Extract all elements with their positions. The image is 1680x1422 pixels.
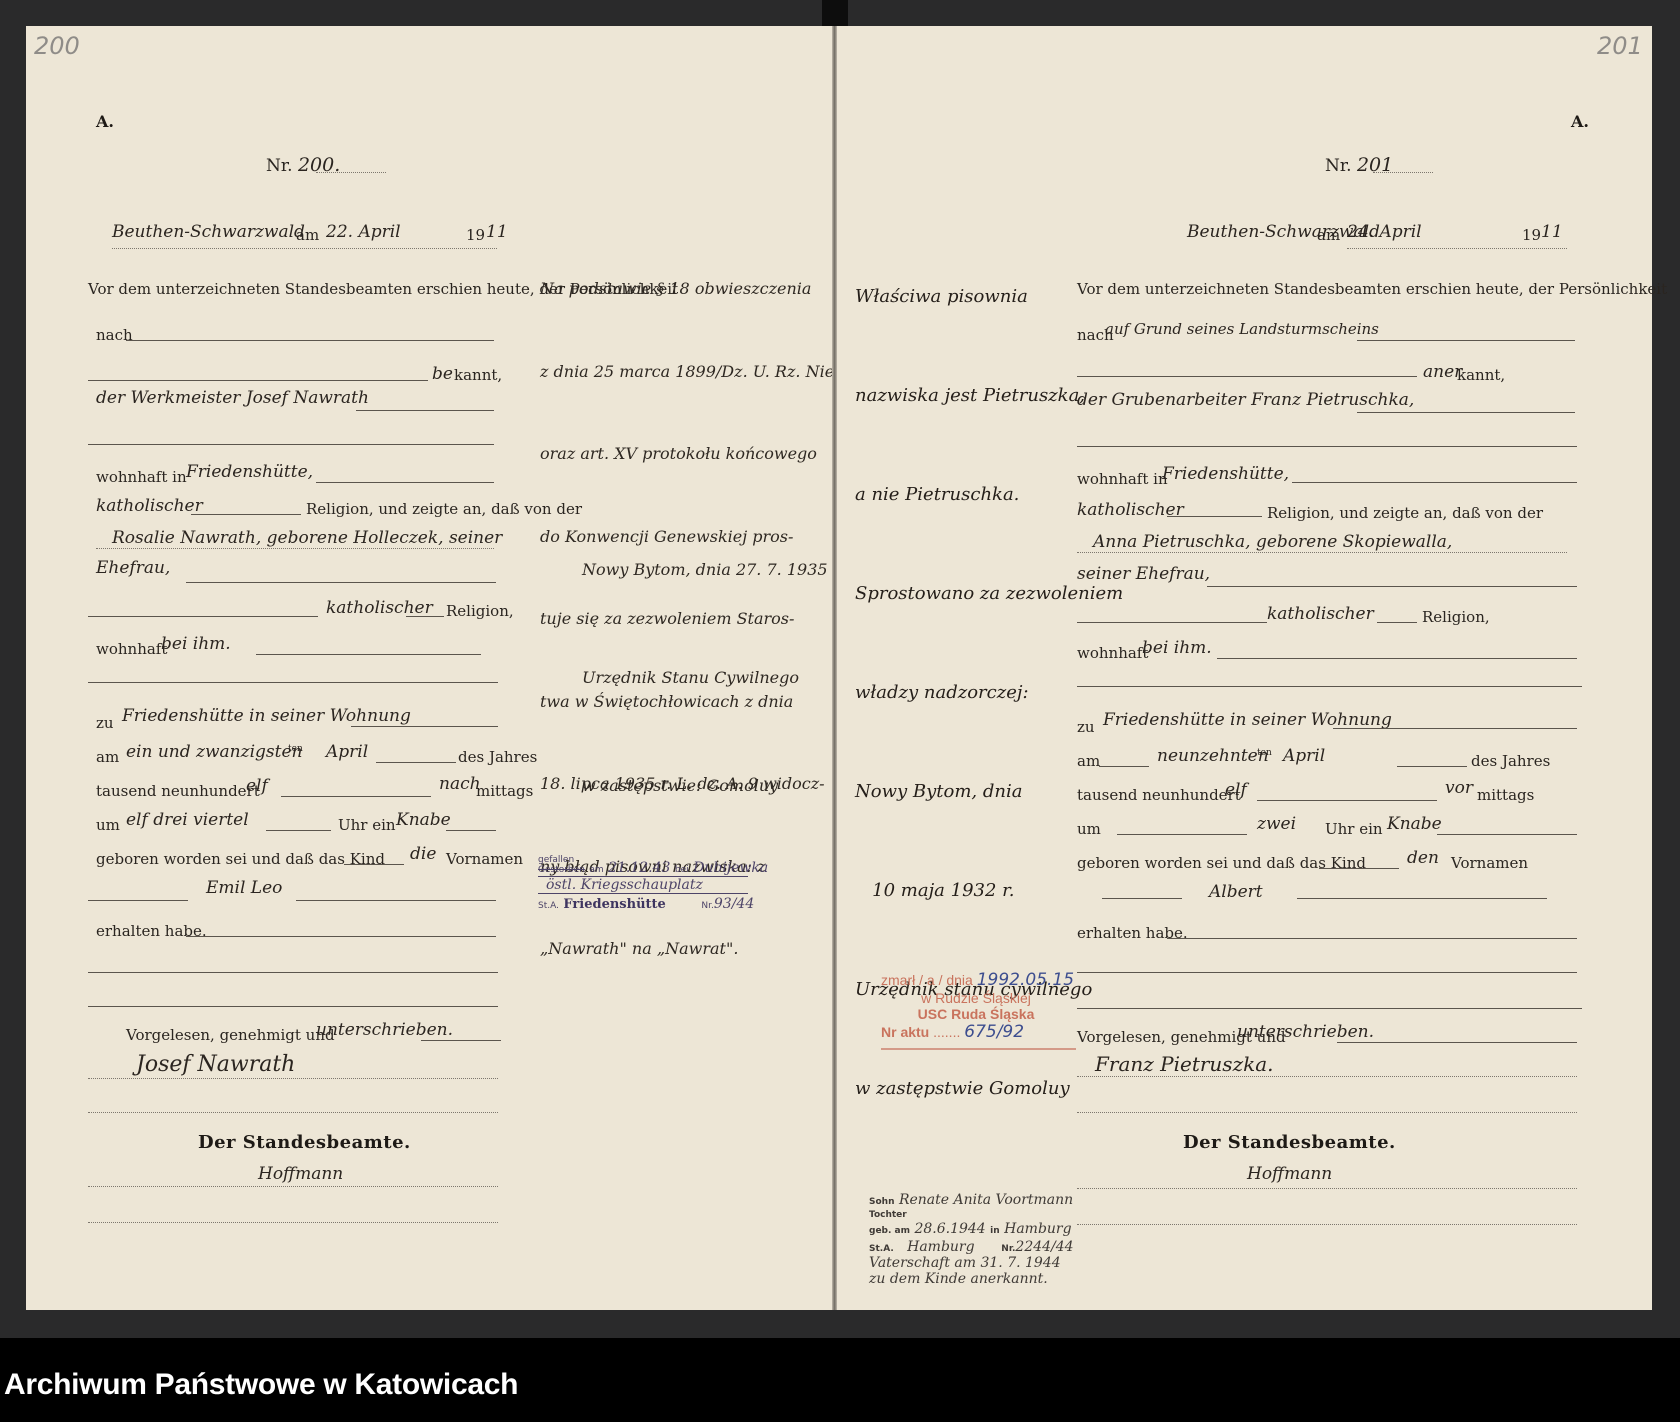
birthplace-value: Friedenshütte in seiner Wohnung <box>122 706 411 726</box>
mittags-label: mittags <box>476 782 533 800</box>
year-suffix: 11 <box>486 222 508 242</box>
margin-note-signature: Gomoluy <box>707 776 779 795</box>
mother-religion-value: katholischer <box>1267 604 1374 624</box>
official-title: Der Standesbeamte. <box>1183 1132 1396 1153</box>
right-page: 201 A. Właściwa pisownia nazwiska jest P… <box>837 26 1652 1310</box>
year-prefix: 19 <box>1522 226 1541 244</box>
informant-name: der Werkmeister Josef Nawrath <box>96 388 369 408</box>
mother-religion-value: katholischer <box>326 598 433 618</box>
child-sex-value: Knabe <box>1387 814 1442 834</box>
birth-day-value: neunzehnten <box>1157 746 1269 766</box>
mother-name-cont: seiner Ehefrau, <box>1077 564 1210 584</box>
mother-name: Anna Pietruschka, geborene Skopiewalla, <box>1093 532 1452 552</box>
residence-value: Friedenshütte, <box>1162 464 1289 484</box>
archive-name: Archiwum Państwowe w Katowicach <box>4 1368 518 1402</box>
residence-value: Friedenshütte, <box>186 462 313 482</box>
kind-article-value: den <box>1407 848 1439 868</box>
religion-label: Religion, und zeigte an, daß von der <box>1267 504 1543 522</box>
wohnhaft-in-label: wohnhaft in <box>1077 470 1168 488</box>
mittags-value: vor <box>1445 778 1473 798</box>
intro-text: Vor dem unterzeichneten Standesbeamten e… <box>1077 280 1667 298</box>
am-label-2: am <box>96 748 119 766</box>
mother-religion-label: Religion, <box>446 602 514 620</box>
year-prefix: 19 <box>466 226 485 244</box>
zu-label: zu <box>1077 718 1095 736</box>
um-label: um <box>96 816 120 834</box>
tausend-label: tausend neunhundert <box>96 782 260 800</box>
zu-label: zu <box>96 714 114 732</box>
wohnhaft-in-label: wohnhaft in <box>96 468 187 486</box>
form-letter: A. <box>96 112 114 131</box>
death-stamp-1943: gefallen Gestorben am 21.12.43 bei Dubij… <box>538 850 768 912</box>
year-words-value: elf <box>246 776 268 796</box>
left-page: 200 A. Nr. 200. Beuthen-Schwarzwald am 2… <box>26 26 832 1310</box>
kannt-value: be <box>432 364 453 384</box>
tausend-label: tausend neunhundert <box>1077 786 1241 804</box>
kannt-label: kannt, <box>1457 366 1505 384</box>
geboren-label: geboren worden sei und daß das Kind <box>96 850 385 868</box>
nr-label: Nr. <box>1325 156 1352 176</box>
nach-label: nach <box>96 326 133 344</box>
nr-label: Nr. <box>266 156 293 176</box>
um-label: um <box>1077 820 1101 838</box>
year-suffix: 11 <box>1541 222 1563 242</box>
mother-residence-value: bei ihm. <box>161 634 231 654</box>
vornamen-label: Vornamen <box>1451 854 1528 872</box>
vornamen-label: Vornamen <box>446 850 523 868</box>
des-jahres-label: des Jahres <box>458 748 537 766</box>
binding-top <box>822 0 848 26</box>
record-date: 22. April <box>326 222 401 242</box>
birthplace-value: Friedenshütte in seiner Wohnung <box>1103 710 1392 730</box>
am-label: am <box>296 226 319 244</box>
page-number: 200 <box>34 32 80 60</box>
erhalten-label: erhalten habe. <box>1077 924 1188 942</box>
form-letter: A. <box>1571 112 1589 131</box>
year-words-value: elf <box>1225 780 1247 800</box>
birth-month-value: April <box>1283 746 1325 766</box>
official-title: Der Standesbeamte. <box>198 1132 411 1153</box>
am-label: am <box>1317 226 1340 244</box>
mother-name: Rosalie Nawrath, geborene Holleczek, sei… <box>112 528 502 548</box>
am-label-2: am <box>1077 752 1100 770</box>
official-signature: Hoffmann <box>258 1164 343 1184</box>
page-number: 201 <box>1597 32 1643 60</box>
time-value: elf drei viertel <box>126 810 249 830</box>
wohnhaft-label: wohnhaft <box>96 640 167 658</box>
uhr-label: Uhr ein <box>338 816 396 834</box>
record-place: Beuthen-Schwarzwald <box>112 222 305 242</box>
birth-day-value: ein und zwanzigsten <box>126 742 302 762</box>
ten-suffix: ten <box>288 744 303 754</box>
paternity-stamp-1944: Sohn Renate Anita Voortmann Tochter geb.… <box>869 1192 1074 1287</box>
ten-suffix: ten <box>1257 748 1272 758</box>
mother-name-cont: Ehefrau, <box>96 558 170 578</box>
des-jahres-label: des Jahres <box>1471 752 1550 770</box>
erhalten-label: erhalten habe. <box>96 922 207 940</box>
vorgelesen-label: Vorgelesen, genehmigt und <box>126 1026 335 1044</box>
kannt-label: kannt, <box>454 366 502 384</box>
mittags-value: nach <box>439 774 481 794</box>
official-signature: Hoffmann <box>1247 1164 1332 1184</box>
kind-article-value: die <box>410 844 436 864</box>
death-stamp-1992: zmarł / a / dnia 1992.05.15 w Rudzie Ślą… <box>881 970 1071 1050</box>
uhr-label: Uhr ein <box>1325 820 1383 838</box>
geboren-label: geboren worden sei und daß das Kind <box>1077 854 1366 872</box>
mother-religion-label: Religion, <box>1422 608 1490 626</box>
record-date: 24. April <box>1347 222 1422 242</box>
mother-residence-value: bei ihm. <box>1142 638 1212 658</box>
vorgelesen-value: unterschrieben. <box>316 1020 453 1040</box>
religion-value: katholischer <box>1077 500 1184 520</box>
birth-month-value: April <box>326 742 368 762</box>
vorgelesen-value: unterschrieben. <box>1237 1022 1374 1042</box>
wohnhaft-label: wohnhaft <box>1077 644 1148 662</box>
child-first-names: Emil Leo <box>206 878 282 898</box>
identification-value: auf Grund seines Landsturmscheins <box>1105 320 1379 338</box>
informant-name: der Grubenarbeiter Franz Pietruschka, <box>1077 390 1414 410</box>
child-sex-value: Knabe <box>396 810 451 830</box>
margin-note-attestation: Nowy Bytom, dnia 27. 7. 1935 r. Urzędnik… <box>582 480 844 876</box>
informant-signature: Josef Nawrath <box>136 1052 295 1077</box>
time-value: zwei <box>1257 814 1296 834</box>
child-first-names: Albert <box>1209 882 1263 902</box>
mittags-label: mittags <box>1477 786 1534 804</box>
religion-value: katholischer <box>96 496 203 516</box>
archive-footer: Archiwum Państwowe w Katowicach <box>0 1338 1680 1422</box>
informant-signature: Franz Pietruszka. <box>1095 1052 1274 1076</box>
